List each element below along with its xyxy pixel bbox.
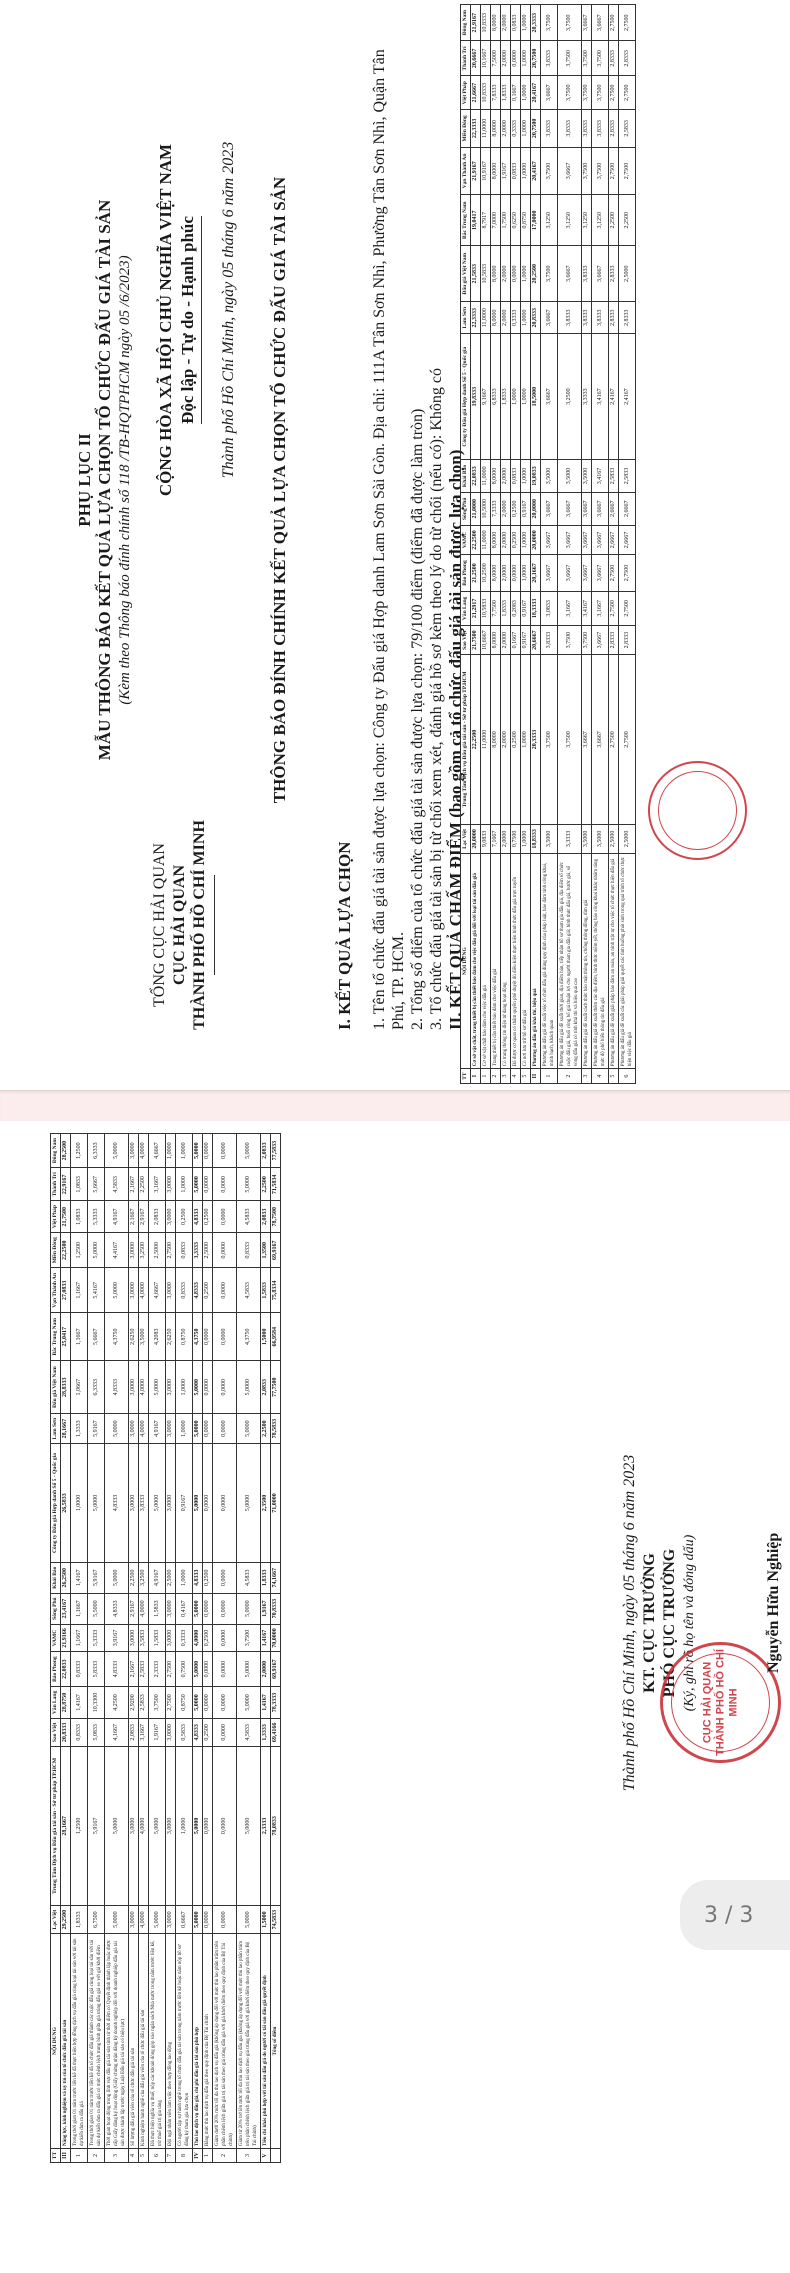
score-cell: 1,0000 bbox=[521, 824, 531, 854]
score-cell: 0,2500 bbox=[203, 1719, 213, 1747]
row-number: V bbox=[261, 2149, 271, 2163]
score-cell: 0,0000 bbox=[213, 1686, 237, 1718]
score-cell: 1,0000 bbox=[71, 1444, 88, 1563]
score-cell: 1,0000 bbox=[521, 555, 531, 592]
score-cell: 8,0000 bbox=[491, 555, 501, 592]
score-cell: 74,1667 bbox=[271, 1562, 281, 1593]
score-cell: 2,5000 bbox=[619, 824, 636, 854]
row-number: 4 bbox=[129, 2149, 139, 2163]
score-cell: 3,0000 bbox=[166, 1414, 176, 1444]
score-cell: 0,0000 bbox=[213, 1201, 237, 1233]
row-criterion: Trong thời gian 01 năm trước liền kề đã … bbox=[71, 1934, 88, 2149]
score-cell: 3,9167 bbox=[105, 1624, 129, 1652]
score-cell: 9,1667 bbox=[481, 334, 491, 460]
score-cell: 5,6667 bbox=[88, 1313, 105, 1361]
column-header-organization: Vạn Thành An bbox=[461, 147, 471, 195]
score-cell: 1,0000 bbox=[176, 1134, 193, 1168]
score-cell: 78,0833 bbox=[271, 1746, 281, 1905]
score-cell: 1,4167 bbox=[71, 1562, 88, 1593]
score-cell: 3,6667 bbox=[558, 147, 582, 195]
score-cell: 20,4167 bbox=[531, 147, 541, 195]
score-cell: 3,7500 bbox=[237, 1624, 261, 1652]
score-cell: 5,0000 bbox=[237, 1906, 261, 1934]
score-cell: 3,0000 bbox=[129, 1624, 139, 1652]
score-cell: 22,2500 bbox=[471, 525, 481, 554]
score-cell: 2,7500 bbox=[619, 591, 636, 625]
red-seal-stamp bbox=[648, 761, 747, 860]
score-cell: 5,0000 bbox=[193, 1593, 203, 1624]
score-cell: 0,0000 bbox=[213, 1719, 237, 1747]
score-cell: 0,0000 bbox=[203, 1313, 213, 1361]
score-cell: 5,0000 bbox=[105, 1414, 129, 1444]
score-cell: 1,4167 bbox=[71, 1686, 88, 1718]
score-cell: 4,6667 bbox=[149, 1134, 166, 1168]
score-cell: 21,2500 bbox=[471, 555, 481, 592]
score-cell: 4,0000 bbox=[139, 1268, 149, 1313]
org-line-2: CỤC HẢI QUAN bbox=[170, 760, 190, 1090]
row-number: 5 bbox=[139, 2149, 149, 2163]
score-cell: 5,3333 bbox=[88, 1624, 105, 1652]
score-cell: 2,2500 bbox=[139, 1168, 149, 1201]
score-cell: 4,0000 bbox=[139, 1361, 149, 1414]
score-cell: 1,8333 bbox=[261, 1562, 271, 1593]
score-cell: 1,9167 bbox=[149, 1719, 166, 1747]
score-cell: 7,5000 bbox=[491, 41, 501, 76]
score-cell: 2,7500 bbox=[619, 147, 636, 195]
table-row: 6Phương án đấu giá đề xuất các giải pháp… bbox=[619, 5, 636, 1084]
score-cell: 5,0000 bbox=[237, 1444, 261, 1563]
score-cell: 5,0000 bbox=[193, 1444, 203, 1563]
column-header-organization: VAMC bbox=[461, 525, 471, 554]
score-cell: 17,0000 bbox=[531, 195, 541, 246]
score-cell: 3,0000 bbox=[166, 1593, 176, 1624]
column-header-organization: Sao Việt bbox=[461, 625, 471, 654]
score-cell: 0,0000 bbox=[213, 1268, 237, 1313]
row-criterion: Có nơi lưu trữ hồ sơ đấu giá bbox=[521, 854, 531, 1069]
score-cell: 4,1667 bbox=[105, 1719, 129, 1747]
score-cell: 3,7500 bbox=[582, 625, 592, 654]
score-cell: 1,0000 bbox=[176, 1746, 193, 1905]
row-criterion: Cơ sở vật chất bảo đảm cho việc đấu giá bbox=[481, 854, 491, 1069]
score-cell: 71,0000 bbox=[271, 1444, 281, 1563]
score-cell: 2,0000 bbox=[501, 555, 511, 592]
score-cell: 0,2500 bbox=[511, 655, 521, 824]
score-cell: 1,0833 bbox=[71, 1201, 88, 1233]
score-cell: 74,5833 bbox=[271, 1906, 281, 1934]
row-criterion: Phương án đấu giá khả thi, hiệu quả bbox=[531, 854, 541, 1069]
table-row: 2Trong thời gian 01 năm trước liền kề đã… bbox=[88, 1134, 105, 2163]
score-cell: 3,6667 bbox=[558, 525, 582, 554]
score-cell: 20,7500 bbox=[531, 41, 541, 76]
score-cell: 2,5833 bbox=[609, 460, 619, 493]
form-title: MẪU THÔNG BÁO KẾT QUẢ LỰA CHỌN TỔ CHỨC Đ… bbox=[95, 170, 115, 790]
score-cell: 3,8333 bbox=[541, 625, 558, 654]
score-cell: 8,0000 bbox=[491, 525, 501, 554]
score-cell: 8,0000 bbox=[491, 460, 501, 493]
column-header-organization: Vạn Thành An bbox=[51, 1268, 61, 1313]
score-cell: 1,3333 bbox=[261, 1719, 271, 1747]
score-cell: 0,8333 bbox=[71, 1719, 88, 1747]
score-cell: 2,0833 bbox=[261, 1134, 271, 1168]
score-cell: 2,6667 bbox=[619, 492, 636, 525]
column-header-organization: Lam Sơn bbox=[461, 302, 471, 334]
score-cell: 18,3333 bbox=[531, 591, 541, 625]
score-cell: 78,5833 bbox=[271, 1414, 281, 1444]
score-cell: 4,8333 bbox=[105, 1593, 129, 1624]
score-cell: 10,5000 bbox=[481, 492, 491, 525]
column-header-organization: Đông Nam bbox=[51, 1134, 61, 1168]
score-cell: 7,7500 bbox=[491, 591, 501, 625]
score-cell: 11,0000 bbox=[481, 302, 491, 334]
row-criterion: Phương án đấu giá đề xuất việc tổ chức đ… bbox=[541, 854, 558, 1069]
row-number: 7 bbox=[166, 2149, 176, 2163]
row-criterion: Kinh nghiệm hành nghề của đấu giá viên c… bbox=[139, 1934, 149, 2149]
score-cell: 3,5000 bbox=[139, 1313, 149, 1361]
score-cell: 5,0000 bbox=[193, 1134, 203, 1168]
column-header-organization: Công ty Đấu giá Hợp danh Số 5 - Quốc gia bbox=[461, 334, 471, 460]
nation-line-2: Độc lập - Tự do - Hạnh phúc bbox=[177, 216, 202, 424]
score-cell: 3,1250 bbox=[592, 195, 609, 246]
score-cell: 3,0000 bbox=[129, 1268, 139, 1313]
score-cell: 0,0000 bbox=[203, 1168, 213, 1201]
score-cell: 1,5000 bbox=[261, 1906, 271, 1934]
column-header-organization: Việt Pháp bbox=[51, 1201, 61, 1233]
score-cell: 70,0000 bbox=[271, 1624, 281, 1652]
score-cell: 3,6667 bbox=[592, 5, 609, 41]
score-cell: 3,7500 bbox=[149, 1686, 166, 1718]
score-cell: 2,3333 bbox=[149, 1652, 166, 1687]
score-cell: 2,7500 bbox=[619, 655, 636, 824]
row-criterion: Giảm dưới 20% mức tối đa thù lao dịch vụ… bbox=[213, 1934, 237, 2149]
score-cell: 5,4167 bbox=[88, 1268, 105, 1313]
score-cell: 2,6250 bbox=[129, 1313, 139, 1361]
score-cell: 3,6667 bbox=[592, 555, 609, 592]
score-cell: 2,2500 bbox=[129, 1562, 139, 1593]
score-cell: 0,4167 bbox=[176, 1593, 193, 1624]
row-number: 6 bbox=[619, 1069, 636, 1084]
score-cell: 4,3750 bbox=[237, 1313, 261, 1361]
score-cell: 3,1250 bbox=[582, 195, 592, 246]
score-cell: 3,0000 bbox=[129, 1134, 139, 1168]
score-cell: 2,0000 bbox=[501, 5, 511, 41]
score-cell: 2,3333 bbox=[261, 1746, 271, 1905]
score-cell: 3,8333 bbox=[558, 302, 582, 334]
row-number: 2 bbox=[558, 1069, 582, 1084]
score-cell: 5,0000 bbox=[237, 1686, 261, 1718]
org-line-1: TỔNG CỤC HẢI QUAN bbox=[150, 760, 170, 1090]
signer-name: Nguyễn Hữu Nghiệp bbox=[765, 1533, 783, 1673]
score-cell: 2,9167 bbox=[129, 1593, 139, 1624]
score-cell: 22,3333 bbox=[471, 110, 481, 147]
score-cell: 4,0000 bbox=[139, 1134, 149, 1168]
score-cell: 1,0000 bbox=[521, 302, 531, 334]
score-cell: 22,2500 bbox=[61, 1233, 71, 1268]
score-cell: 2,5833 bbox=[139, 1652, 149, 1687]
score-cell: 20,2500 bbox=[531, 246, 541, 302]
table-row: 1Trong thời gian 01 năm trước liền kề đã… bbox=[71, 1134, 88, 2163]
score-cell: 0,7500 bbox=[511, 824, 521, 854]
score-cell: 21,0000 bbox=[471, 492, 481, 525]
score-cell: 10,6667 bbox=[481, 625, 491, 654]
score-cell: 3,6667 bbox=[592, 625, 609, 654]
score-cell: 3,4167 bbox=[592, 334, 609, 460]
score-cell: 2,2500 bbox=[261, 1168, 271, 1201]
score-cell: 21,9166 bbox=[61, 1624, 71, 1652]
score-cell: 0,8750 bbox=[521, 195, 531, 246]
score-cell: 4,8333 bbox=[193, 1201, 203, 1233]
score-cell: 20,8333 bbox=[531, 302, 541, 334]
score-cell: 3,6667 bbox=[541, 334, 558, 460]
row-number: I bbox=[471, 1069, 481, 1084]
score-cell: 21,7500 bbox=[61, 1201, 71, 1233]
row-criterion: Phương án đấu giá đề xuất thêm các địa đ… bbox=[592, 854, 609, 1069]
column-header-organization: VAMC bbox=[51, 1624, 61, 1652]
score-cell: 0,0000 bbox=[213, 1361, 237, 1414]
score-cell: 5,9167 bbox=[88, 1562, 105, 1593]
score-cell: 9,0833 bbox=[481, 824, 491, 854]
score-cell: 0,0000 bbox=[203, 1361, 213, 1414]
score-cell: 21,5833 bbox=[471, 246, 481, 302]
score-cell: 2,5833 bbox=[139, 1686, 149, 1718]
score-cell: 4,2083 bbox=[149, 1313, 166, 1361]
score-cell: 77,5833 bbox=[271, 1134, 281, 1168]
table-row: 5Phương án đấu giá đề xuất giải pháp bảo… bbox=[609, 5, 619, 1084]
score-cell: 20,4167 bbox=[531, 76, 541, 110]
score-cell: 2,7500 bbox=[166, 1652, 176, 1687]
table-row: 3Có trang thông tin điện tử đang hoạt độ… bbox=[501, 5, 511, 1084]
column-header-organization: Công ty Đấu giá Hợp danh Số 5 - Quốc gia bbox=[51, 1444, 61, 1563]
score-table-part-2: TTNỘI DUNGLạc ViệtTrung Tâm Dịch vụ Đấu … bbox=[50, 1133, 281, 2163]
row-number: 3 bbox=[501, 1069, 511, 1084]
score-cell: 3,1667 bbox=[139, 1719, 149, 1747]
page-indicator: 3 / 3 bbox=[680, 1880, 790, 1950]
row-number: 2 bbox=[88, 2149, 105, 2163]
score-cell: 0,7500 bbox=[176, 1652, 193, 1687]
score-cell: 0,0000 bbox=[213, 1593, 237, 1624]
score-cell: 1,0833 bbox=[71, 1168, 88, 1201]
score-cell: 6,3333 bbox=[88, 1361, 105, 1414]
score-cell: 3,0000 bbox=[129, 1414, 139, 1444]
org-line-3: THÀNH PHỐ HỒ CHÍ MINH bbox=[190, 760, 210, 1090]
notice-title: THÔNG BÁO ĐÍNH CHÍNH KẾT QUẢ LỰA CHỌN TỔ… bbox=[270, 80, 290, 900]
score-cell: 21,2917 bbox=[471, 591, 481, 625]
row-criterion: Trong thời gian 01 năm trước liền kề đã … bbox=[88, 1934, 105, 2149]
score-cell: 10,2500 bbox=[481, 555, 491, 592]
row-number: 1 bbox=[203, 2149, 213, 2163]
score-cell: 2,0833 bbox=[129, 1719, 139, 1747]
score-cell: 0,3333 bbox=[176, 1624, 193, 1652]
score-cell: 3,6667 bbox=[541, 555, 558, 592]
score-cell: 6,7500 bbox=[88, 1906, 105, 1934]
score-cell: 20,0000 bbox=[531, 525, 541, 554]
score-cell: 4,3750 bbox=[105, 1313, 129, 1361]
score-cell: 3,8333 bbox=[592, 302, 609, 334]
score-cell: 1,7500 bbox=[501, 195, 511, 246]
score-cell: 75,8334 bbox=[271, 1268, 281, 1313]
score-cell: 8,7917 bbox=[481, 195, 491, 246]
score-cell: 0,6667 bbox=[176, 1906, 193, 1934]
score-cell: 5,0833 bbox=[88, 1719, 105, 1747]
column-header-organization: Miền Đông bbox=[461, 110, 471, 147]
score-cell: 3,0000 bbox=[166, 1624, 176, 1652]
score-cell: 20,6667 bbox=[531, 625, 541, 654]
score-cell: 2,6667 bbox=[609, 525, 619, 554]
score-cell: 4,0000 bbox=[139, 1746, 149, 1905]
score-cell: 5,0000 bbox=[105, 1746, 129, 1905]
score-cell: 2,5000 bbox=[166, 1562, 176, 1593]
table-row: 8Có người tập sự hành nghề trong tổ chức… bbox=[176, 1134, 193, 2163]
score-cell: 0,0000 bbox=[213, 1444, 237, 1563]
score-cell: 20,3333 bbox=[531, 5, 541, 41]
score-cell: 3,7500 bbox=[582, 41, 592, 76]
pdf-page-previous: PHỤ LỤC II MẪU THÔNG BÁO KẾT QUẢ LỰA CHỌ… bbox=[0, 0, 790, 1090]
score-cell: 3,0000 bbox=[166, 1201, 176, 1233]
score-cell: 0,2500 bbox=[203, 1201, 213, 1233]
score-cell: 1,8333 bbox=[71, 1906, 88, 1934]
score-cell: 5,0000 bbox=[193, 1686, 203, 1718]
score-cell: 5,0000 bbox=[105, 1906, 129, 1934]
table-row: VTiêu chí khác phù hợp với tài sản đấu g… bbox=[261, 1134, 271, 2163]
score-cell: 0,2500 bbox=[176, 1201, 193, 1233]
row-criterion: Có người tập sự hành nghề trong tổ chức … bbox=[176, 1934, 193, 2149]
score-cell: 2,7500 bbox=[166, 1233, 176, 1268]
score-cell: 5,9167 bbox=[88, 1414, 105, 1444]
score-cell: 5,0000 bbox=[237, 1652, 261, 1687]
column-header-organization: Khải Bảo bbox=[461, 460, 471, 493]
score-cell: 0,0000 bbox=[203, 1746, 213, 1905]
score-cell: 2,0000 bbox=[501, 302, 511, 334]
score-cell: 3,6667 bbox=[582, 555, 592, 592]
score-cell: 2,1667 bbox=[129, 1652, 139, 1687]
score-cell: 3,1667 bbox=[149, 1168, 166, 1201]
score-cell: 2,8333 bbox=[619, 625, 636, 654]
score-cell: 5,0000 bbox=[105, 1134, 129, 1168]
score-cell: 3,7500 bbox=[592, 41, 609, 76]
score-cell: 4,5833 bbox=[237, 1268, 261, 1313]
section-1-heading: I. KẾT QUẢ LỰA CHỌN bbox=[335, 842, 355, 1030]
score-cell: 5,0000 bbox=[149, 1444, 166, 1563]
score-cell: 5,0000 bbox=[149, 1906, 166, 1934]
score-cell: 22,0833 bbox=[471, 460, 481, 493]
score-cell: 4,8333 bbox=[105, 1361, 129, 1414]
score-cell: 3,0000 bbox=[166, 1746, 176, 1905]
score-cell: 0,9167 bbox=[521, 625, 531, 654]
score-cell: 3,2500 bbox=[139, 1233, 149, 1268]
score-cell: 2,5000 bbox=[619, 246, 636, 302]
score-cell: 4,5833 bbox=[237, 1719, 261, 1747]
score-cell: 3,7500 bbox=[558, 625, 582, 654]
score-cell: 7,8333 bbox=[491, 76, 501, 110]
column-header-tt: TT bbox=[461, 1069, 471, 1084]
row-number: 5 bbox=[521, 1069, 531, 1084]
score-cell: 2,4167 bbox=[619, 334, 636, 460]
column-header-organization: Sông Phú bbox=[461, 492, 471, 525]
score-cell: 21,9167 bbox=[471, 147, 481, 195]
score-cell: 3,6667 bbox=[582, 5, 592, 41]
score-cell: 5,0000 bbox=[88, 1233, 105, 1268]
score-cell: 3,8333 bbox=[139, 1444, 149, 1563]
table-row: IVThù lao dịch vụ đấu giá, chi phí đấu g… bbox=[193, 1134, 203, 2163]
score-cell: 25,0417 bbox=[61, 1313, 71, 1361]
column-header-organization: Bắc Trung Nam bbox=[51, 1313, 61, 1361]
score-cell: 5,0000 bbox=[193, 1414, 203, 1444]
score-cell: 0,1667 bbox=[511, 76, 521, 110]
score-cell: 3,1250 bbox=[541, 195, 558, 246]
score-cell: 4,6667 bbox=[149, 1268, 166, 1313]
score-cell: 22,0833 bbox=[61, 1652, 71, 1687]
score-cell: 1,0667 bbox=[71, 1361, 88, 1414]
row-criterion: Đã được cơ quan có thẩm quyền phê duyệt … bbox=[511, 854, 521, 1069]
score-cell: 5,0000 bbox=[105, 1562, 129, 1593]
row-number: 1 bbox=[481, 1069, 491, 1084]
score-cell: 2,7500 bbox=[609, 76, 619, 110]
score-cell: 2,9167 bbox=[139, 1201, 149, 1233]
row-number: 5 bbox=[609, 1069, 619, 1084]
score-cell: 8,0000 bbox=[491, 110, 501, 147]
row-criterion: Năng lực, kinh nghiệm và uy tín của tổ c… bbox=[61, 1934, 71, 2149]
column-header-organization: Trung Tâm Dịch vụ Đấu giá tài sản - Sở t… bbox=[461, 655, 471, 824]
score-cell: 10,5833 bbox=[481, 591, 491, 625]
score-cell: 4,9167 bbox=[149, 1562, 166, 1593]
score-cell: 3,8333 bbox=[541, 41, 558, 76]
score-cell: 2,2500 bbox=[261, 1414, 271, 1444]
score-cell: 19,0833 bbox=[531, 460, 541, 493]
score-cell: 2,5000 bbox=[609, 824, 619, 854]
row-number: 8 bbox=[176, 2149, 193, 2163]
score-cell: 3,6667 bbox=[541, 76, 558, 110]
score-cell: 0,5833 bbox=[176, 1719, 193, 1747]
score-cell: 3,7500 bbox=[541, 655, 558, 824]
page-content-rotated: TTNỘI DUNGLạc ViệtTrung Tâm Dịch vụ Đấu … bbox=[0, 1121, 790, 2273]
sign-date: Thành phố Hồ Chí Minh, ngày 05 tháng 6 n… bbox=[620, 1413, 640, 1833]
score-cell: 5,5000 bbox=[88, 1593, 105, 1624]
score-cell: 5,0000 bbox=[237, 1746, 261, 1905]
row-number: 6 bbox=[149, 2149, 166, 2163]
score-cell: 4,5833 bbox=[237, 1562, 261, 1593]
score-cell: 5,9167 bbox=[88, 1746, 105, 1905]
score-cell: 3,0000 bbox=[166, 1168, 176, 1201]
score-cell: 2,7500 bbox=[619, 5, 636, 41]
score-cell: 1,0000 bbox=[521, 5, 531, 41]
score-cell: 20,0000 bbox=[471, 824, 481, 854]
score-cell: 3,0000 bbox=[129, 1233, 139, 1268]
row-criterion: Đội ngũ nhân viên làm việc theo hợp đồng… bbox=[166, 1934, 176, 2149]
score-cell: 77,7500 bbox=[271, 1361, 281, 1414]
score-cell: 66,9584 bbox=[271, 1313, 281, 1361]
score-cell: 4,8333 bbox=[193, 1719, 203, 1747]
score-cell: 3,6667 bbox=[558, 555, 582, 592]
score-cell: 1,4167 bbox=[261, 1686, 271, 1718]
score-cell: 3,0000 bbox=[166, 1719, 176, 1747]
score-cell: 10,3300 bbox=[88, 1686, 105, 1718]
score-cell: 2,7500 bbox=[609, 655, 619, 824]
score-cell: 19,8333 bbox=[471, 334, 481, 460]
score-cell: 3,7500 bbox=[541, 147, 558, 195]
row-number: IV bbox=[193, 2149, 203, 2163]
score-cell: 3,4167 bbox=[582, 591, 592, 625]
score-cell: 3,6667 bbox=[592, 246, 609, 302]
score-cell: 1,2500 bbox=[71, 1233, 88, 1268]
row-criterion: Phương án đấu giá đề xuất các giải pháp … bbox=[619, 854, 636, 1069]
score-cell: 22,9167 bbox=[61, 1168, 71, 1201]
score-cell: 5,8333 bbox=[88, 1652, 105, 1687]
score-cell: 2,0000 bbox=[501, 246, 511, 302]
score-cell: 0,0000 bbox=[213, 1233, 237, 1268]
score-cell: 2,8333 bbox=[609, 302, 619, 334]
score-cell: 19,0417 bbox=[471, 195, 481, 246]
score-cell: 2,0000 bbox=[501, 525, 511, 554]
score-cell: 0,0000 bbox=[213, 1168, 237, 1201]
